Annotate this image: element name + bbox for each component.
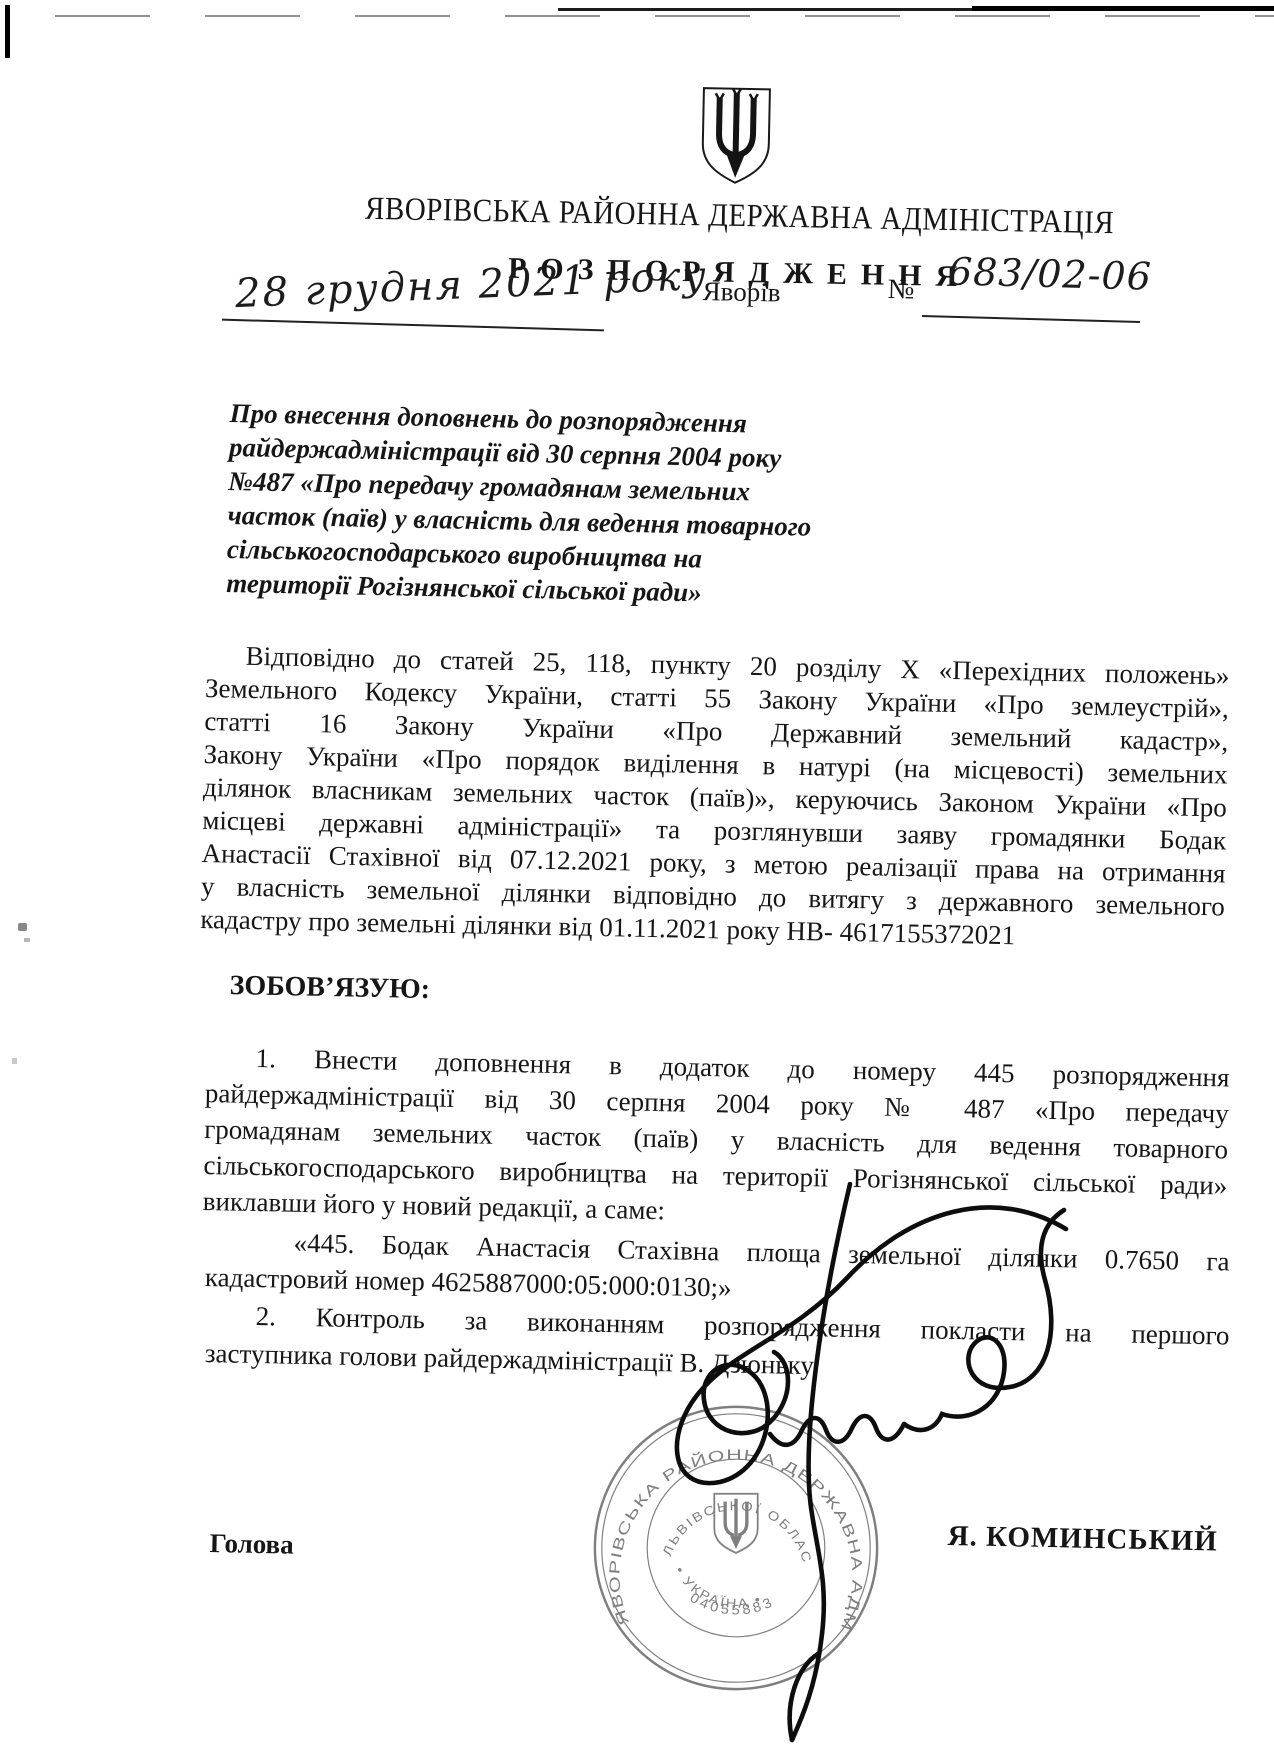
- preamble-paragraph: Відповідно до статей 25, 118, пункту 20 …: [200, 640, 1230, 957]
- scan-artifact-top-dashed-line: [55, 15, 1274, 17]
- date-underline: [222, 319, 604, 332]
- ukraine-trident-emblem-icon: [698, 85, 774, 186]
- number-underline: [922, 315, 1140, 323]
- obligate-heading: ЗОБОВ’ЯЗУЮ:: [229, 970, 430, 1006]
- place-name: Яворів: [702, 276, 780, 309]
- scan-artifact-left-bar: [5, 5, 10, 58]
- scan-artifact-speck: [12, 1058, 17, 1064]
- issuing-authority-title: ЯВОРІВСЬКА РАЙОННА ДЕРЖАВНА АДМІНІСТРАЦІ…: [102, 186, 1274, 247]
- subject-block: Про внесення доповнень до розпорядження …: [226, 398, 814, 614]
- number-label: №: [887, 274, 914, 307]
- scanned-document-page: ЯВОРІВСЬКА РАЙОННА ДЕРЖАВНА АДМІНІСТРАЦІ…: [0, 0, 1274, 1754]
- scan-artifact-top-bar-dark: [972, 6, 1274, 11]
- scan-artifact-speck: [24, 938, 30, 942]
- scan-artifact-top-bar: [558, 8, 983, 11]
- scan-artifact-speck: [18, 923, 27, 931]
- signature-ink: [642, 1182, 1078, 1748]
- signer-position: Голова: [209, 1528, 294, 1561]
- handwritten-document-number: 683/02-06: [947, 249, 1152, 298]
